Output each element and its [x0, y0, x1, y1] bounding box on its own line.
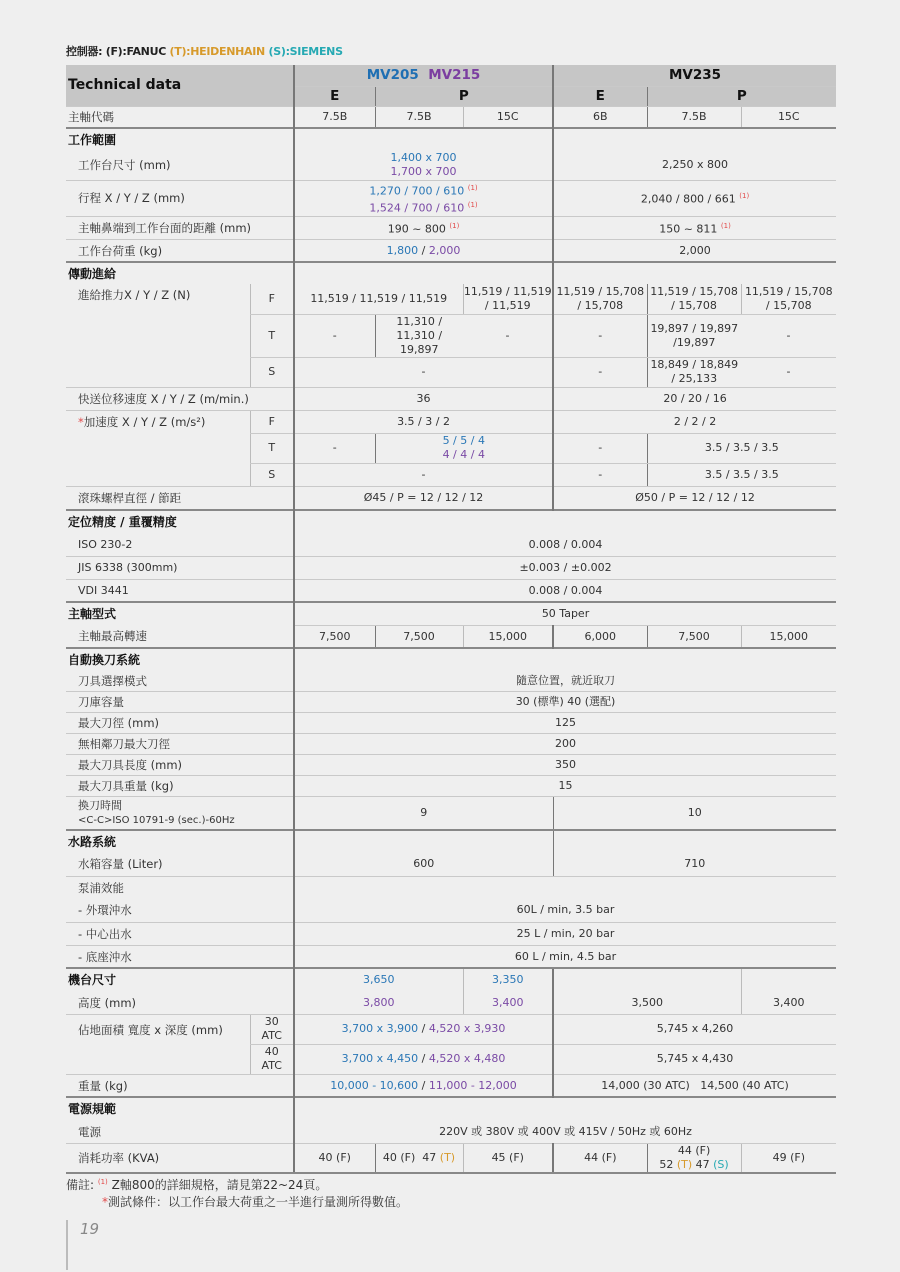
height-c6: 3,400 — [741, 991, 836, 1014]
legend-heidenhain: (T):HEIDENHAIN — [170, 45, 265, 58]
thrust-s-c6: - — [741, 357, 836, 387]
value-mv215: 4,520 x 4,480 — [429, 1052, 505, 1065]
thrust-t-c6: - — [741, 314, 836, 357]
controller-s: S — [250, 463, 294, 486]
row-label: 主軸鼻端到工作台面的距離 (mm) — [66, 216, 294, 239]
footnote-marker: (1) — [721, 222, 731, 230]
thrust-f-c6: 11,519 / 15,708 / 15,708 — [741, 284, 836, 314]
row-max-speed: 主軸最高轉速 7,500 7,500 15,000 6,000 7,500 15… — [66, 625, 836, 648]
section-title: 主軸型式 — [66, 602, 294, 625]
section-spindle: 主軸型式 50 Taper — [66, 602, 836, 625]
type-p-1: P — [375, 86, 553, 106]
table-size-g2: 2,250 x 800 — [553, 150, 836, 180]
controller-f: F — [250, 410, 294, 433]
load-g1: 1,800 / 2,000 — [294, 239, 553, 262]
row-label: 最大刀具重量 (kg) — [66, 775, 294, 796]
row-label: 換刀時間 — [78, 799, 122, 812]
type-e-2: E — [553, 86, 647, 106]
section-title: 定位精度 / 重覆精度 — [66, 510, 294, 533]
notes-label: 備註: — [66, 1178, 98, 1192]
value-mv215: 4 / 4 / 4 — [443, 448, 485, 461]
row-label: 最大刀具長度 (mm) — [66, 754, 294, 775]
ballscrew-g1: Ø45 / P = 12 / 12 / 12 — [294, 486, 553, 510]
spindle-code: 7.5B — [375, 106, 463, 128]
row-vdi3441: VDI 3441 0.008 / 0.004 — [66, 579, 836, 602]
max-speed: 6,000 — [553, 625, 647, 648]
consumption-c3: 45 (F) — [463, 1143, 553, 1173]
atc-count: 30 — [265, 1015, 279, 1028]
max-speed: 7,500 — [294, 625, 375, 648]
table-title: Technical data — [66, 65, 294, 106]
value: 47 — [692, 1158, 713, 1171]
row-label: 高度 (mm) — [66, 991, 294, 1014]
legend-siemens: (S):SIEMENS — [265, 45, 343, 58]
footnote-marker: (1) — [98, 1178, 108, 1186]
accel-t-c23: 5 / 5 / 44 / 4 / 4 — [375, 433, 553, 463]
row-label: 快送位移速度 X / Y / Z (m/min.) — [66, 387, 294, 410]
value-mv205: 1,400 x 700 — [391, 151, 457, 164]
legend-fanuc: 控制器: (F):FANUC — [66, 45, 170, 58]
max-speed: 15,000 — [463, 625, 553, 648]
max-speed: 7,500 — [375, 625, 463, 648]
section-title: 傳動進給 — [66, 262, 294, 284]
row-label: 重量 (kg) — [66, 1074, 294, 1097]
row-label: 消耗功率 (KVA) — [66, 1143, 294, 1173]
blank-cell — [553, 262, 836, 284]
change-time-g2: 10 — [553, 796, 836, 830]
row-table-load: 工作台荷重 (kg) 1,800 / 2,000 2,000 — [66, 239, 836, 262]
blank-cell — [553, 968, 741, 991]
section-title: 工作範圍 — [66, 128, 294, 150]
spindle-code: 15C — [741, 106, 836, 128]
thrust-f-c4: 11,519 / 15,708 / 15,708 — [553, 284, 647, 314]
spindle-code: 15C — [463, 106, 553, 128]
row-iso230: ISO 230-2 0.008 / 0.004 — [66, 533, 836, 556]
row-pump-item: - 外環沖水 60L / min, 3.5 bar — [66, 898, 836, 922]
controller-f: F — [250, 284, 294, 314]
consumption-c6: 49 (F) — [741, 1143, 836, 1173]
footnote-2: *測試條件：以工作台最大荷重之一半進行量測所得數值。 — [66, 1194, 408, 1211]
height-c12-mv215: 3,800 — [294, 991, 463, 1014]
row-label: 刀庫容量 — [66, 691, 294, 712]
thrust-t-c5: 19,897 / 19,897 /19,897 — [647, 314, 741, 357]
footprint-30-g1: 3,700 x 3,900 / 4,520 x 3,930 — [294, 1014, 553, 1044]
technical-data-table: Technical data MV205 MV215 MV235 E P E P… — [66, 65, 836, 1174]
accel-s-c4: - — [553, 463, 647, 486]
row-tank: 水箱容量 (Liter) 600 710 — [66, 852, 836, 876]
row-label: 無相鄰刀最大刀徑 — [66, 733, 294, 754]
value-mv215: 1,700 x 700 — [391, 165, 457, 178]
blank-cell — [294, 648, 836, 670]
row-footprint-30: 佔地面積 寬度 x 深度 (mm) 30ATC 3,700 x 3,900 / … — [66, 1014, 836, 1044]
footprint-40-g1: 3,700 x 4,450 / 4,520 x 4,480 — [294, 1044, 553, 1074]
row-pump: 泵浦效能 — [66, 876, 836, 898]
row-height: 高度 (mm) 3,800 3,400 3,500 3,400 — [66, 991, 836, 1014]
value-mv205: 10,000 - 10,600 — [330, 1079, 418, 1092]
weight-g1: 10,000 - 10,600 / 11,000 - 12,000 — [294, 1074, 553, 1097]
row-sublabel: <C-C>ISO 10791-9 (sec.)-60Hz — [78, 815, 235, 826]
footnote-marker: (1) — [468, 201, 478, 209]
row-label: 滾珠螺桿直徑 / 節距 — [66, 486, 294, 510]
value: 52 — [659, 1158, 677, 1171]
section-feed: 傳動進給 — [66, 262, 836, 284]
spindle-code: 7.5B — [294, 106, 375, 128]
model-mv205: MV205 — [367, 67, 419, 83]
thrust-t-c2: 11,310 / 11,310 / 19,897 — [375, 314, 463, 357]
ballscrew-g2: Ø50 / P = 12 / 12 / 12 — [553, 486, 836, 510]
row-label: 佔地面積 寬度 x 深度 (mm) — [66, 1014, 250, 1074]
section-title: 自動換刀系統 — [66, 648, 294, 670]
table-size-g1: 1,400 x 7001,700 x 700 — [294, 150, 553, 180]
controller-legend: 控制器: (F):FANUC (T):HEIDENHAIN (S):SIEMEN… — [66, 43, 343, 59]
type-p-2: P — [647, 86, 836, 106]
row-value: ±0.003 / ±0.002 — [294, 556, 836, 579]
value-mv205: 3,700 x 4,450 — [342, 1052, 418, 1065]
consumption-c4: 44 (F) — [553, 1143, 647, 1173]
row-atc: 最大刀具重量 (kg) 15 — [66, 775, 836, 796]
blank-cell — [741, 968, 836, 991]
row-label: 行程 X / Y / Z (mm) — [66, 180, 294, 216]
row-label: 加速度 X / Y / Z (m/s²) — [84, 415, 206, 429]
section-power: 電源規範 — [66, 1097, 836, 1120]
spindle-type: 50 Taper — [294, 602, 836, 625]
controller-t: T — [250, 314, 294, 357]
row-label: 水箱容量 (Liter) — [66, 852, 294, 876]
row-atc: 無相鄰刀最大刀徑 200 — [66, 733, 836, 754]
accel-t-c1: - — [294, 433, 375, 463]
value-mv205: 1,800 — [387, 244, 419, 257]
accel-s-c123: - — [294, 463, 553, 486]
thrust-t-c1: - — [294, 314, 375, 357]
model-mv215: MV215 — [428, 67, 480, 83]
footnote-marker: (1) — [468, 184, 478, 192]
spindle-code: 6B — [553, 106, 647, 128]
nose-g2: 150 ~ 811 (1) — [553, 216, 836, 239]
atc-30: 30ATC — [250, 1014, 294, 1044]
height-c3-mv215: 3,400 — [463, 991, 553, 1014]
thrust-f-c12: 11,519 / 11,519 / 11,519 — [294, 284, 463, 314]
thrust-s-c5: 18,849 / 18,849 / 25,133 — [647, 357, 741, 387]
row-value: 60L / min, 3.5 bar — [294, 898, 836, 922]
atc-40: 40ATC — [250, 1044, 294, 1074]
note-text: 測試條件：以工作台最大荷重之一半進行量測所得數值。 — [108, 1195, 408, 1209]
spindle-code-label: 主軸代碼 — [66, 106, 294, 128]
row-label: 主軸最高轉速 — [66, 625, 294, 648]
row-label: - 中心出水 — [66, 922, 294, 945]
section-machine: 機台尺寸 3,650 3,350 — [66, 968, 836, 991]
value-mv205: 5 / 5 / 4 — [443, 434, 485, 447]
thrust-t-c3: - — [463, 314, 553, 357]
row-table-size: 工作台尺寸 (mm) 1,400 x 7001,700 x 700 2,250 … — [66, 150, 836, 180]
row-jis6338: JIS 6338 (300mm) ±0.003 / ±0.002 — [66, 556, 836, 579]
row-value: 350 — [294, 754, 836, 775]
blank-cell — [294, 830, 553, 852]
value: 2,040 / 800 / 661 — [641, 193, 736, 206]
row-pump-item: - 底座沖水 60 L / min, 4.5 bar — [66, 945, 836, 968]
max-speed: 15,000 — [741, 625, 836, 648]
accel-t-c56: 3.5 / 3.5 / 3.5 — [647, 433, 836, 463]
atc-count: 40 — [265, 1045, 279, 1058]
row-supply: 電源 220V 或 380V 或 400V 或 415V / 50Hz 或 60… — [66, 1120, 836, 1143]
blank-cell — [294, 1097, 836, 1120]
row-value: 0.008 / 0.004 — [294, 533, 836, 556]
row-value: 60 L / min, 4.5 bar — [294, 945, 836, 968]
consumption-c5: 44 (F)52 (T) 47 (S) — [647, 1143, 741, 1173]
accel-t-c4: - — [553, 433, 647, 463]
consumption-c2: 40 (F) 47 (T) — [375, 1143, 463, 1173]
height-c3-mv205: 3,350 — [463, 968, 553, 991]
row-label: 電源 — [66, 1120, 294, 1143]
section-work-range: 工作範圍 — [66, 128, 836, 150]
row-pump-item: - 中心出水 25 L / min, 20 bar — [66, 922, 836, 945]
row-value: 30 (標準) 40 (選配) — [294, 691, 836, 712]
atc-unit: ATC — [262, 1029, 282, 1042]
blank-cell — [294, 510, 836, 533]
tank-g2: 710 — [553, 852, 836, 876]
row-atc: 刀庫容量 30 (標準) 40 (選配) — [66, 691, 836, 712]
page-number: 19 — [66, 1220, 99, 1270]
accel-s-c56: 3.5 / 3.5 / 3.5 — [647, 463, 836, 486]
value-mv215: 4,520 x 3,930 — [429, 1022, 505, 1035]
height-c12-mv205: 3,650 — [294, 968, 463, 991]
row-value: 0.008 / 0.004 — [294, 579, 836, 602]
row-label: - 外環沖水 — [66, 898, 294, 922]
value: 40 (F) 47 — [383, 1151, 440, 1164]
value-mv205: 1,270 / 700 / 610 — [369, 184, 464, 197]
max-speed: 7,500 — [647, 625, 741, 648]
blank-cell — [294, 128, 553, 150]
thrust-s-c4: - — [553, 357, 647, 387]
accel-f-g2: 2 / 2 / 2 — [553, 410, 836, 433]
footprint-40-g2: 5,745 x 4,430 — [553, 1044, 836, 1074]
row-value: 25 L / min, 20 bar — [294, 922, 836, 945]
travel-g2: 2,040 / 800 / 661 (1) — [553, 180, 836, 216]
accel-label: *加速度 X / Y / Z (m/s²) — [66, 410, 250, 486]
section-atc: 自動換刀系統 — [66, 648, 836, 670]
accel-f-g1: 3.5 / 3 / 2 — [294, 410, 553, 433]
row-label: JIS 6338 (300mm) — [66, 556, 294, 579]
weight-g2: 14,000 (30 ATC) 14,500 (40 ATC) — [553, 1074, 836, 1097]
section-title: 電源規範 — [66, 1097, 294, 1120]
change-time-g1: 9 — [294, 796, 553, 830]
note-text: Z軸800的詳細規格，請見第22~24頁。 — [108, 1178, 328, 1192]
row-label: 工作台尺寸 (mm) — [66, 150, 294, 180]
row-weight: 重量 (kg) 10,000 - 10,600 / 11,000 - 12,00… — [66, 1074, 836, 1097]
row-value: 200 — [294, 733, 836, 754]
row-rapid: 快送位移速度 X / Y / Z (m/min.) 36 20 / 20 / 1… — [66, 387, 836, 410]
footnotes: 備註: (1) Z軸800的詳細規格，請見第22~24頁。 *測試條件：以工作台… — [66, 1174, 408, 1211]
row-value: 隨意位置，就近取刀 — [294, 670, 836, 691]
section-accuracy: 定位精度 / 重覆精度 — [66, 510, 836, 533]
type-e-1: E — [294, 86, 375, 106]
value: 44 (F) — [678, 1144, 710, 1157]
separator: / — [418, 244, 429, 257]
spindle-code: 7.5B — [647, 106, 741, 128]
heidenhain-marker: (T) — [677, 1158, 692, 1171]
model-group-1: MV205 MV215 — [294, 65, 553, 86]
value: 190 ~ 800 — [388, 223, 446, 236]
footprint-30-g2: 5,745 x 4,260 — [553, 1014, 836, 1044]
value-mv215: 11,000 - 12,000 — [429, 1079, 517, 1092]
rapid-g2: 20 / 20 / 16 — [553, 387, 836, 410]
value-mv215: 1,524 / 700 / 610 — [369, 202, 464, 215]
footnote-1: 備註: (1) Z軸800的詳細規格，請見第22~24頁。 — [66, 1174, 408, 1194]
footnote-marker: (1) — [449, 222, 459, 230]
supply-value: 220V 或 380V 或 400V 或 415V / 50Hz 或 60Hz — [294, 1120, 836, 1143]
thrust-t-c4: - — [553, 314, 647, 357]
row-label: 最大刀徑 (mm) — [66, 712, 294, 733]
row-value: 15 — [294, 775, 836, 796]
row-label: 泵浦效能 — [66, 876, 294, 898]
blank-cell — [294, 262, 553, 284]
thrust-f-c3: 11,519 / 11,519 / 11,519 — [463, 284, 553, 314]
model-mv235: MV235 — [553, 65, 836, 86]
row-accel-f: *加速度 X / Y / Z (m/s²) F 3.5 / 3 / 2 2 / … — [66, 410, 836, 433]
row-label: 刀具選擇模式 — [66, 670, 294, 691]
blank-cell — [553, 128, 836, 150]
blank-cell — [294, 876, 836, 898]
row-label: 進給推力X / Y / Z (N) — [66, 284, 250, 387]
spec-page: 控制器: (F):FANUC (T):HEIDENHAIN (S):SIEMEN… — [0, 0, 900, 1272]
row-nose-distance: 主軸鼻端到工作台面的距離 (mm) 190 ~ 800 (1) 150 ~ 81… — [66, 216, 836, 239]
controller-t: T — [250, 433, 294, 463]
height-c45: 3,500 — [553, 991, 741, 1014]
row-atc: 刀具選擇模式 隨意位置，就近取刀 — [66, 670, 836, 691]
row-label: ISO 230-2 — [66, 533, 294, 556]
row-atc: 最大刀徑 (mm) 125 — [66, 712, 836, 733]
value-mv205: 3,700 x 3,900 — [342, 1022, 418, 1035]
siemens-marker: (S) — [713, 1158, 729, 1171]
row-consumption: 消耗功率 (KVA) 40 (F) 40 (F) 47 (T) 45 (F) 4… — [66, 1143, 836, 1173]
row-label: 工作台荷重 (kg) — [66, 239, 294, 262]
row-travel: 行程 X / Y / Z (mm) 1,270 / 700 / 610 (1)1… — [66, 180, 836, 216]
change-time-label: 換刀時間<C-C>ISO 10791-9 (sec.)-60Hz — [66, 796, 294, 830]
blank-cell — [553, 830, 836, 852]
row-thrust-f: 進給推力X / Y / Z (N) F 11,519 / 11,519 / 11… — [66, 284, 836, 314]
nose-g1: 190 ~ 800 (1) — [294, 216, 553, 239]
row-ballscrew: 滾珠螺桿直徑 / 節距 Ø45 / P = 12 / 12 / 12 Ø50 /… — [66, 486, 836, 510]
controller-s: S — [250, 357, 294, 387]
thrust-s-c123: - — [294, 357, 553, 387]
consumption-c1: 40 (F) — [294, 1143, 375, 1173]
section-title: 機台尺寸 — [66, 968, 294, 991]
row-label: - 底座沖水 — [66, 945, 294, 968]
row-atc: 最大刀具長度 (mm) 350 — [66, 754, 836, 775]
row-change-time: 換刀時間<C-C>ISO 10791-9 (sec.)-60Hz 9 10 — [66, 796, 836, 830]
value-mv215: 2,000 — [429, 244, 461, 257]
section-title: 水路系統 — [66, 830, 294, 852]
rapid-g1: 36 — [294, 387, 553, 410]
section-coolant: 水路系統 — [66, 830, 836, 852]
footnote-marker: (1) — [739, 192, 749, 200]
load-g2: 2,000 — [553, 239, 836, 262]
atc-unit: ATC — [262, 1059, 282, 1072]
header-model-row: Technical data MV205 MV215 MV235 — [66, 65, 836, 86]
spindle-code-row: 主軸代碼 7.5B 7.5B 15C 6B 7.5B 15C — [66, 106, 836, 128]
travel-g1: 1,270 / 700 / 610 (1)1,524 / 700 / 610 (… — [294, 180, 553, 216]
value: 150 ~ 811 — [659, 223, 717, 236]
thrust-f-c5: 11,519 / 15,708 / 15,708 — [647, 284, 741, 314]
row-label: VDI 3441 — [66, 579, 294, 602]
row-value: 125 — [294, 712, 836, 733]
heidenhain-marker: (T) — [440, 1151, 455, 1164]
tank-g1: 600 — [294, 852, 553, 876]
